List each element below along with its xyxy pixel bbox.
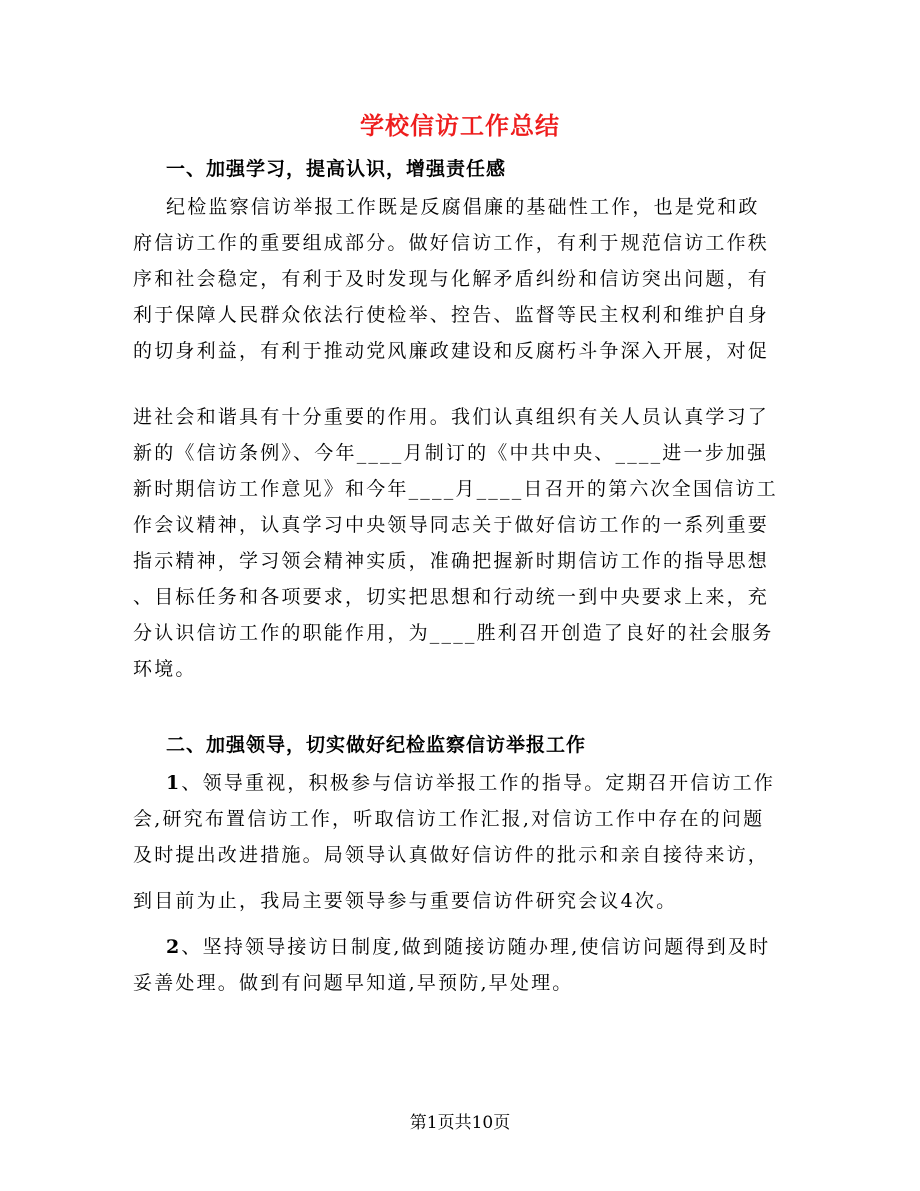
paragraph-line: 进社会和谐具有十分重要的作用。我们认真组织有关人员认真学习了	[133, 402, 769, 432]
paragraph-line: 作会议精神，认真学习中央领导同志关于做好信访工作的一系列重要	[133, 510, 769, 540]
document-title: 学校信访工作总结	[0, 108, 920, 144]
list-item-2: 2、坚持领导接访日制度,做到随接访随办理,使信访问题得到及时	[166, 932, 770, 962]
paragraph-line: 的切身利益，有利于推动党风廉政建设和反腐朽斗争深入开展，对促	[133, 336, 769, 366]
paragraph-line: 利于保障人民群众依法行使检举、控告、监督等民主权利和维护自身	[133, 300, 769, 330]
paragraph-line: 分认识信访工作的职能作用，为____胜利召开创造了良好的社会服务	[133, 618, 773, 648]
paragraph-line: 会,研究布置信访工作，听取信访工作汇报,对信访工作中存在的问题	[133, 804, 764, 834]
paragraph-line: 妥善处理。做到有问题早知道,早预防,早处理。	[133, 968, 573, 998]
document-page: 学校信访工作总结 一、加强学习，提高认识，增强责任感 纪检监察信访举报工作既是反…	[0, 0, 920, 1191]
paragraph-line: 纪检监察信访举报工作既是反腐倡廉的基础性工作，也是党和政	[166, 192, 760, 222]
item-number: 1	[166, 772, 181, 794]
paragraph-line: 及时提出改进措施。局领导认真做好信访件的批示和亲自接待来访，	[133, 840, 769, 870]
page-number-footer: 第1页共10页	[0, 1110, 920, 1136]
section-heading-2: 二、加强领导，切实做好纪检监察信访举报工作	[166, 730, 586, 760]
paragraph-line: 到目前为止，我局主要领导参与重要信访件研究会议4次。	[133, 886, 677, 916]
item-number: 2	[166, 936, 181, 958]
item-text: 、领导重视，积极参与信访举报工作的指导。定期召开信访工作	[181, 772, 775, 794]
paragraph-line: 序和社会稳定，有利于及时发现与化解矛盾纠纷和信访突出问题，有	[133, 264, 769, 294]
paragraph-line: 新时期信访工作意见》和今年____月____日召开的第六次全国信访工	[133, 474, 778, 504]
paragraph-line: 指示精神，学习领会精神实质，准确把握新时期信访工作的指导思想	[133, 546, 769, 576]
list-item-1: 1、领导重视，积极参与信访举报工作的指导。定期召开信访工作	[166, 768, 775, 798]
section-heading-1: 一、加强学习，提高认识，增强责任感	[166, 154, 506, 184]
paragraph-line: 环境。	[133, 654, 197, 684]
paragraph-line: 新的《信访条例》、今年____月制订的《中共中央、____进一步加强	[133, 438, 768, 468]
paragraph-line: 府信访工作的重要组成部分。做好信访工作，有利于规范信访工作秩	[133, 228, 769, 258]
item-text: 、坚持领导接访日制度,做到随接访随办理,使信访问题得到及时	[181, 936, 770, 958]
paragraph-line: 、目标任务和各项要求，切实把思想和行动统一到中央要求上来，充	[133, 582, 769, 612]
